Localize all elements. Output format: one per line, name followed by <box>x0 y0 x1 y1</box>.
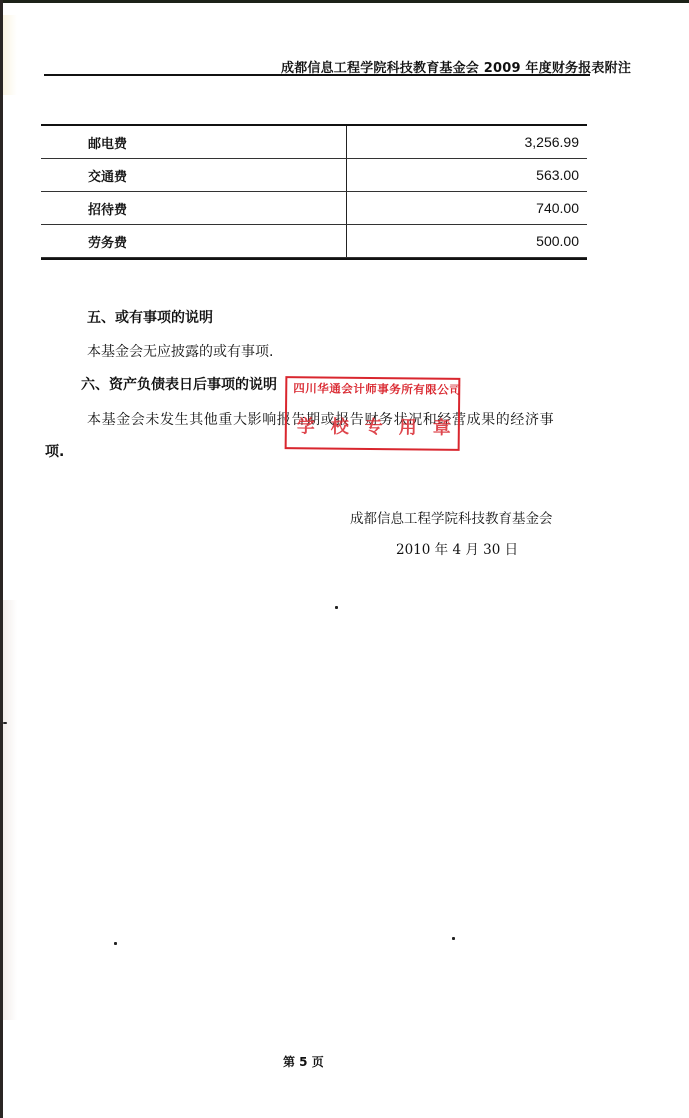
table-row: 邮电费 3,256.99 <box>41 126 587 159</box>
expense-amount: 3,256.99 <box>347 134 587 150</box>
signature-organization: 成都信息工程学院科技教育基金会 <box>350 507 553 527</box>
expense-amount: 500.00 <box>347 233 587 249</box>
expense-item: 邮电费 <box>41 126 347 158</box>
table-bottom-rule <box>41 258 587 260</box>
stamp-seal-label: 学校专用章 <box>297 412 467 440</box>
scan-speck <box>3 722 7 724</box>
expense-amount: 740.00 <box>347 200 587 216</box>
scan-shade <box>3 600 17 1020</box>
official-seal-stamp: 四川华通会计师事务所有限公司 学校专用章 <box>285 376 461 451</box>
section-body-post-balance-events-wrap: 项. <box>45 441 64 461</box>
scan-speck <box>335 606 338 609</box>
section-heading-post-balance-events: 六、资产负债表日后事项的说明 <box>81 374 277 394</box>
header-rule <box>44 74 590 76</box>
scan-speck <box>452 937 455 940</box>
expense-item: 招待费 <box>41 192 347 224</box>
scan-shade <box>3 15 17 95</box>
table-rows: 邮电费 3,256.99 交通费 563.00 招待费 740.00 劳务费 5… <box>41 126 587 258</box>
expense-amount: 563.00 <box>347 167 587 183</box>
table-row: 招待费 740.00 <box>41 192 587 225</box>
stamp-firm-name: 四川华通会计师事务所有限公司 <box>293 380 461 398</box>
expense-item: 交通费 <box>41 159 347 191</box>
table-row: 交通费 563.00 <box>41 159 587 192</box>
page-number: 第 5 页 <box>283 1053 324 1070</box>
section-body-contingencies: 本基金会无应披露的或有事项. <box>87 341 273 361</box>
signature-date: 2010 年 4 月 30 日 <box>396 538 518 558</box>
table-row: 劳务费 500.00 <box>41 225 587 258</box>
scan-speck <box>114 942 117 945</box>
expense-item: 劳务费 <box>41 225 347 257</box>
section-heading-contingencies: 五、或有事项的说明 <box>87 307 213 327</box>
scan-top-edge <box>0 0 689 3</box>
